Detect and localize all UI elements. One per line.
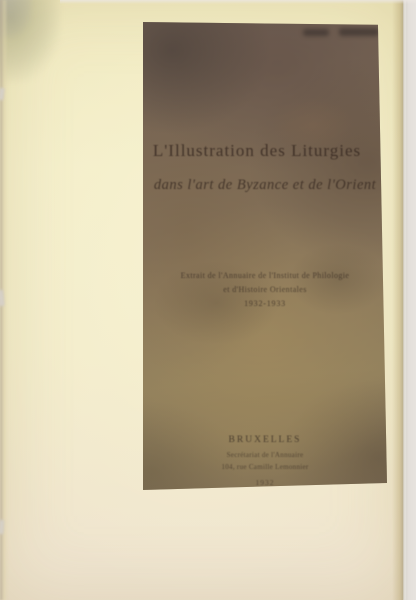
extrait-dates: 1932-1933 bbox=[143, 299, 387, 308]
worn-corner-patch bbox=[0, 0, 60, 82]
label-aging-texture bbox=[143, 22, 387, 490]
faint-handwriting-mark bbox=[303, 29, 329, 36]
extrait-line-2: et d'Histoire Orientales bbox=[143, 285, 387, 294]
faint-handwriting-mark bbox=[339, 28, 379, 36]
cover-right-edge-shadow bbox=[392, 0, 403, 600]
extrait-line-1: Extrait de l'Annuaire de l'Institut de P… bbox=[143, 271, 387, 280]
imprint-publisher: Secrétariat de l'Annuaire bbox=[143, 451, 387, 459]
title-line-1: L'Illustration des Liturgies bbox=[135, 141, 379, 161]
imprint-address: 104, rue Camille Lemonnier bbox=[143, 463, 387, 471]
pasted-title-label: L'Illustration des Liturgies dans l'art … bbox=[143, 22, 387, 490]
title-line-2: dans l'art de Byzance et de l'Orient bbox=[143, 177, 387, 194]
book-cover-photo: L'Illustration des Liturgies dans l'art … bbox=[0, 0, 416, 600]
photo-top-edge bbox=[60, 0, 416, 4]
imprint-year: 1932 bbox=[143, 478, 387, 487]
book-cover: L'Illustration des Liturgies dans l'art … bbox=[0, 0, 403, 600]
imprint-city: BRUXELLES bbox=[143, 435, 387, 445]
